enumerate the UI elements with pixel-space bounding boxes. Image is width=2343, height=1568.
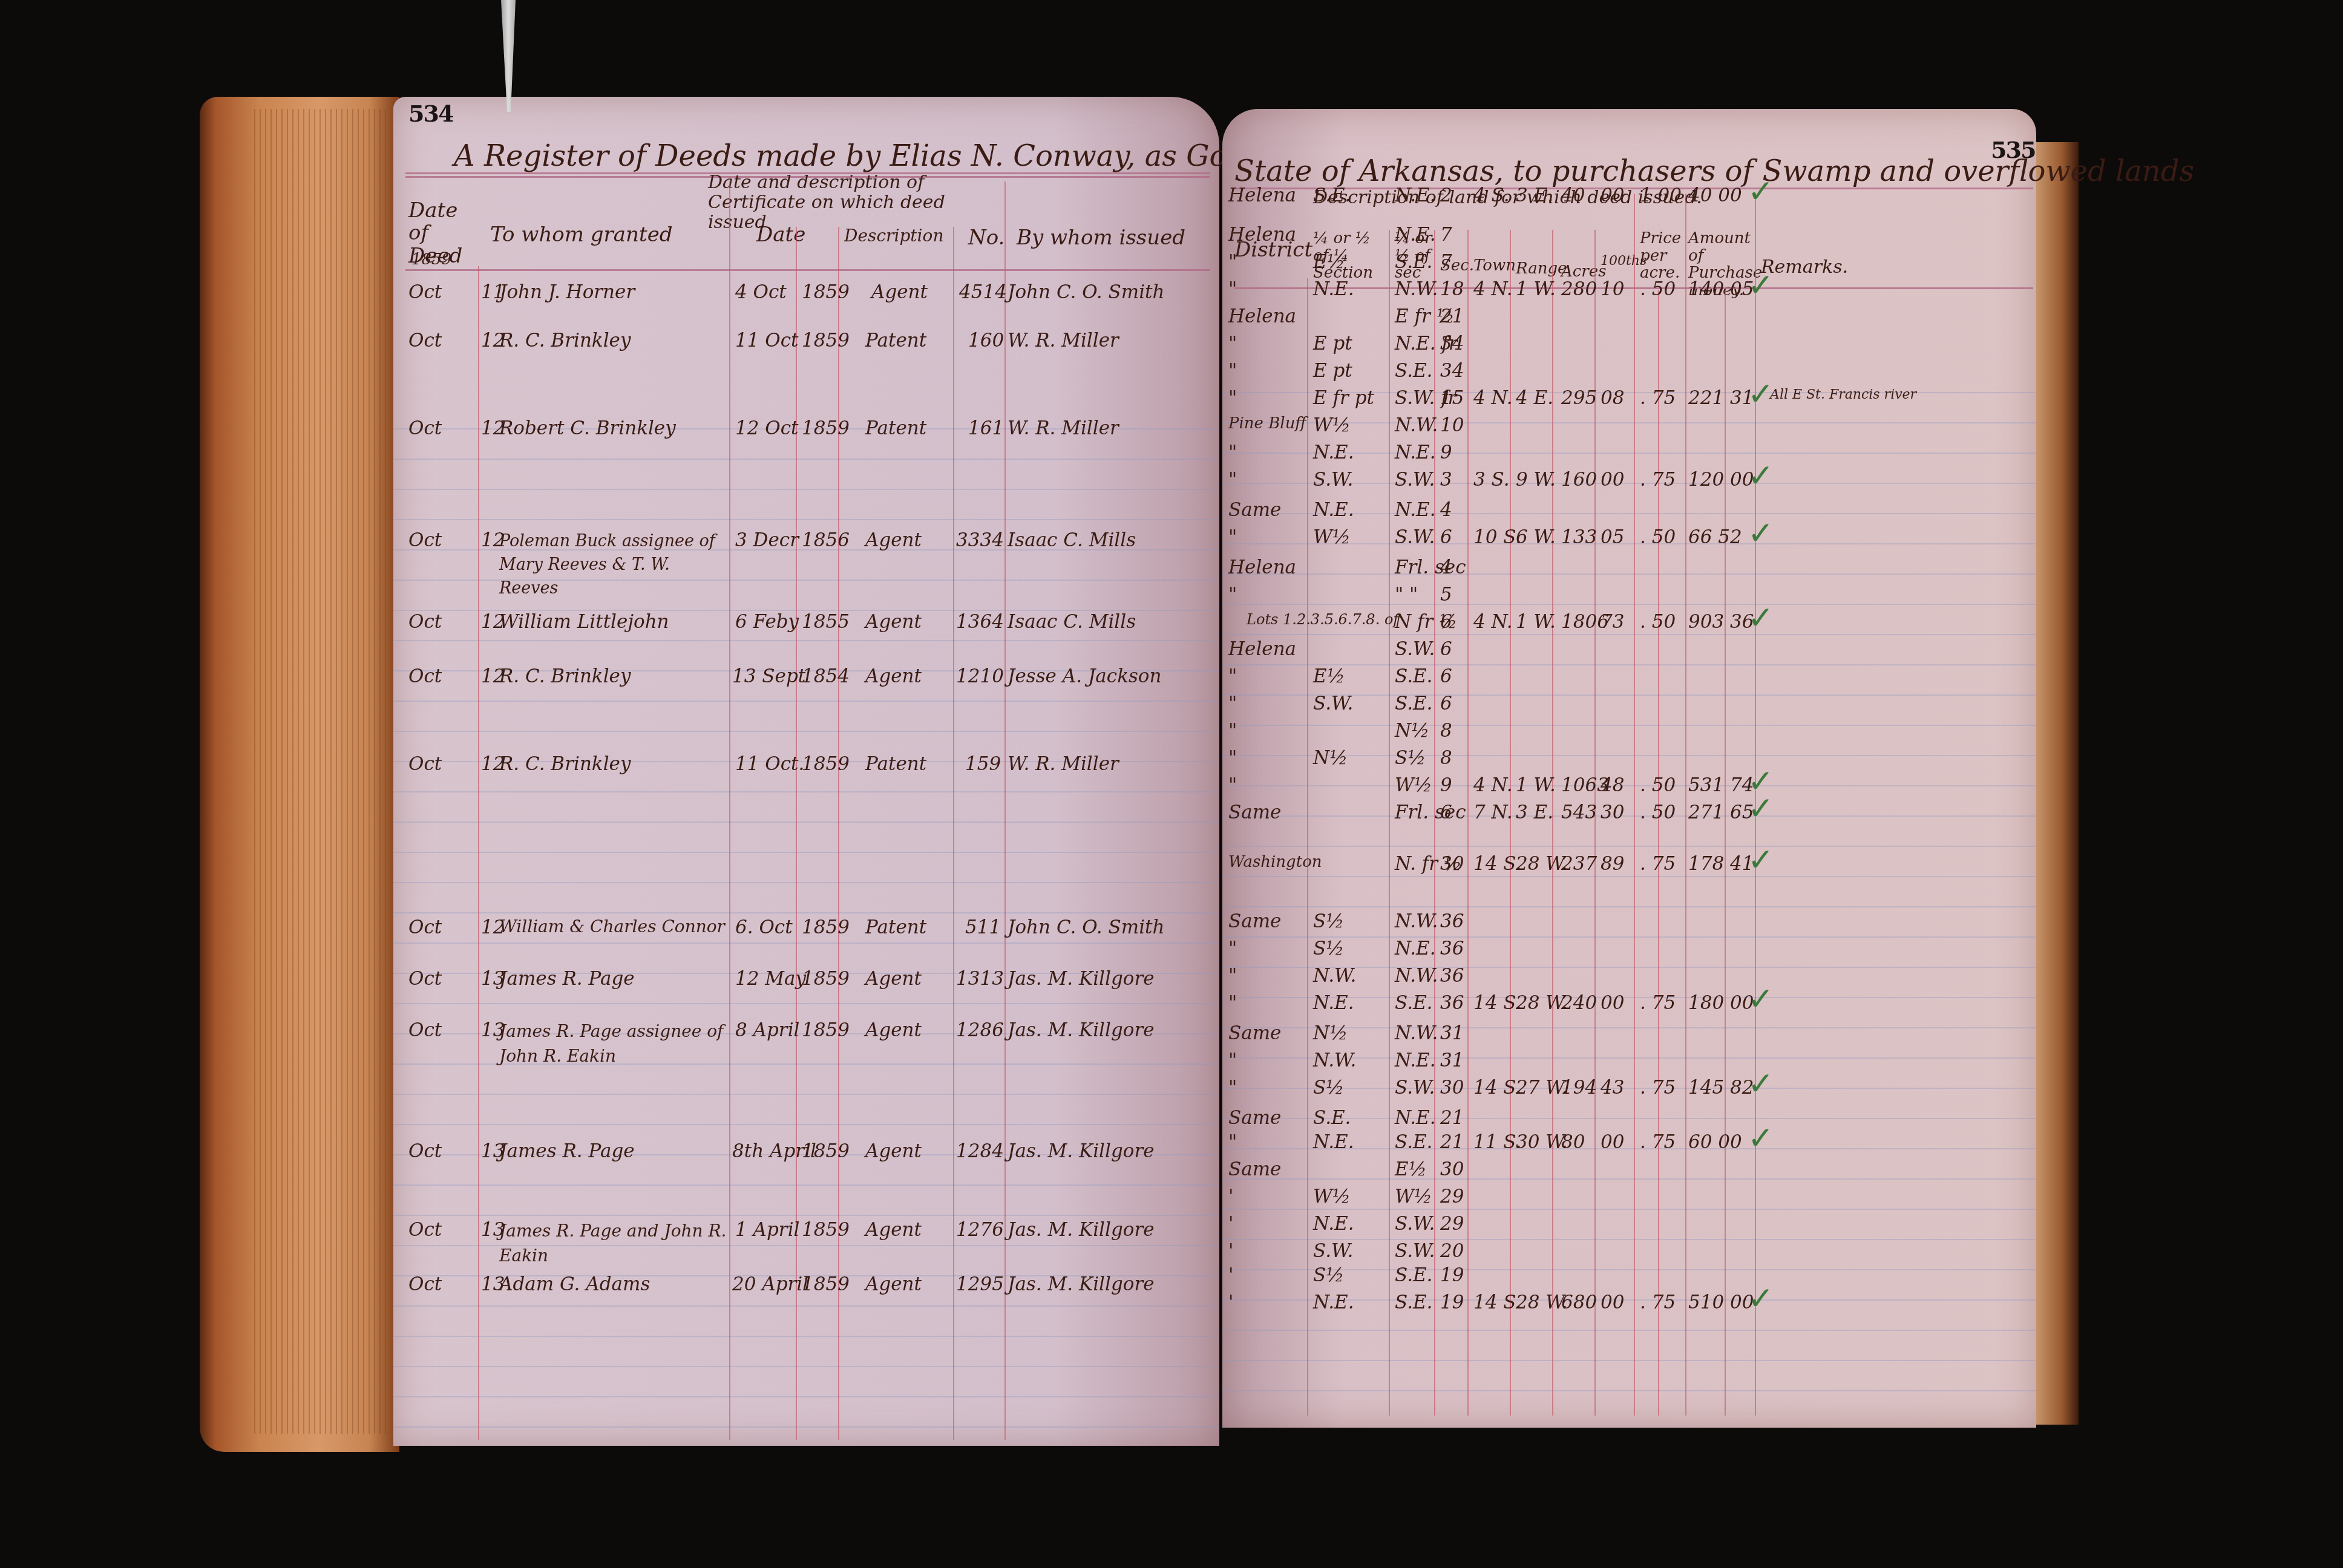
land-district: " (1228, 333, 1237, 354)
land-amount: 120 00 (1688, 469, 1754, 491)
check-mark-icon: ✓ (1748, 515, 1774, 552)
entry-cert-year: 1859 (802, 1140, 850, 1162)
entry-cert-year: 1859 (802, 916, 850, 938)
land-acres: 237 (1561, 853, 1597, 875)
entry-cert-year: 1859 (802, 753, 850, 775)
land-of: N.E. (1395, 1050, 1435, 1071)
entry-no: 1286 (956, 1019, 1004, 1041)
page-holder-pin (496, 0, 520, 112)
entry-cert-year: 1855 (802, 611, 850, 633)
land-h: 00 (1601, 185, 1624, 206)
land-q: N½ (1313, 747, 1348, 769)
land-h: 43 (1601, 1077, 1624, 1099)
land-q: S.E. (1313, 185, 1351, 206)
entry-month: Oct (408, 665, 442, 687)
land-sec: 19 (1440, 1292, 1464, 1313)
page-edges (200, 97, 399, 1452)
entry-month: Oct (408, 1219, 442, 1241)
entry-month: Oct (408, 1140, 442, 1162)
check-mark-icon: ✓ (1748, 1120, 1774, 1157)
land-district: " (1228, 1077, 1237, 1099)
entry-month: Oct (408, 281, 442, 303)
land-amount: 531 74 (1688, 774, 1754, 796)
land-of: S.W. (1395, 1240, 1435, 1262)
entry-cert-date: 3 Decr (735, 529, 799, 551)
land-q: N.W. (1313, 1050, 1356, 1071)
land-sec: 5 (1440, 584, 1452, 606)
land-sec: 7 (1440, 251, 1452, 273)
land-sec: 6 (1440, 638, 1452, 660)
land-sec: 36 (1440, 992, 1464, 1014)
land-district: Same (1228, 1158, 1281, 1180)
header-cert-group: Date and description of Certificate on w… (708, 172, 962, 232)
entry-no: 160 (968, 330, 1004, 351)
land-district: Same (1228, 1022, 1281, 1044)
check-mark-icon: ✓ (1748, 267, 1774, 304)
land-district: ' (1228, 1264, 1234, 1286)
land-amount: 40 00 (1688, 185, 1742, 206)
entry-desc: Agent (865, 1273, 922, 1295)
land-sec: 21 (1440, 1131, 1464, 1153)
entry-issued-by: John C. O. Smith (1008, 916, 1164, 938)
entry-cert-date: 6. Oct (735, 916, 793, 938)
land-sec: 4 (1440, 557, 1452, 578)
col-divider (1634, 194, 1635, 1416)
land-acres: 194 (1561, 1077, 1597, 1099)
header-price: Price per acre. (1640, 230, 1682, 282)
land-range: 3 E. (1516, 802, 1553, 823)
entry-cert-year: 1859 (802, 1219, 850, 1241)
entry-issued-by: Isaac C. Mills (1008, 611, 1136, 633)
land-range: 27 W. (1516, 1077, 1568, 1099)
land-sec: 36 (1440, 965, 1464, 987)
land-sec: 8 (1440, 747, 1452, 769)
land-of: S.W. (1395, 1077, 1435, 1099)
land-district: ' (1228, 1240, 1234, 1262)
entry-grantee: R. C. Brinkley (499, 665, 631, 687)
land-q: W½ (1313, 526, 1351, 548)
land-price: . 75 (1640, 1292, 1676, 1313)
header-no: No. (968, 227, 1004, 249)
col-divider (729, 181, 730, 1440)
land-q: E pt (1313, 333, 1352, 354)
entry-desc: Patent (865, 330, 926, 351)
entry-no: 3334 (956, 529, 1004, 551)
entry-cert-year: 1859 (802, 1019, 850, 1041)
col-divider (838, 227, 839, 1440)
land-district: Helena (1228, 305, 1296, 327)
entry-no: 1313 (956, 968, 1004, 990)
land-h: 30 (1601, 802, 1624, 823)
land-sec: 30 (1440, 853, 1464, 875)
entry-cert-year: 1854 (802, 665, 850, 687)
land-sec: 30 (1440, 1077, 1464, 1099)
entry-grantee: William & Charles Connor (499, 916, 725, 936)
land-q: S½ (1313, 1264, 1344, 1286)
land-price: . 75 (1640, 1077, 1676, 1099)
land-amount: 221 31 (1688, 387, 1754, 409)
entry-desc: Patent (865, 417, 926, 439)
land-h: 73 (1601, 611, 1624, 633)
land-district: " (1228, 774, 1237, 796)
entry-cert-date: 11 Oct (735, 330, 799, 351)
land-sec: 31 (1440, 1050, 1464, 1071)
land-district: " (1228, 526, 1237, 548)
land-district: Helena (1228, 224, 1296, 246)
land-q: N.E. (1313, 442, 1354, 463)
entry-desc: Agent (865, 611, 922, 633)
land-h: 00 (1601, 1131, 1624, 1153)
entry-month: Oct (408, 916, 442, 938)
land-district: ' (1228, 1186, 1234, 1207)
check-mark-icon: ✓ (1748, 458, 1774, 494)
land-acres: 543 (1561, 802, 1597, 823)
check-mark-icon: ✓ (1748, 600, 1774, 636)
land-q: N.E. (1313, 992, 1354, 1014)
entry-month: Oct (408, 968, 442, 990)
land-district: " (1228, 1131, 1237, 1153)
entry-cert-date: 4 Oct (735, 281, 787, 303)
header-bottom-rule (405, 269, 1210, 271)
entry-cert-date: 11 Oct. (735, 753, 804, 775)
land-q: E fr pt (1313, 387, 1374, 409)
right-page-edges (2036, 142, 2079, 1425)
land-range: 6 W. (1516, 526, 1556, 548)
entry-issued-by: W. R. Miller (1008, 417, 1119, 439)
land-q: N.W. (1313, 965, 1356, 987)
land-of: W½ (1395, 774, 1432, 796)
land-of: W½ (1395, 1186, 1432, 1207)
land-of: N.W. (1395, 414, 1438, 436)
entry-issued-by: W. R. Miller (1008, 330, 1119, 351)
land-range: 1 W. (1516, 278, 1556, 300)
land-of: N.E. (1395, 1107, 1435, 1129)
land-q: S½ (1313, 910, 1344, 932)
land-sec: 30 (1440, 1158, 1464, 1180)
entry-cert-date: 12 Oct (735, 417, 799, 439)
land-town: 3 S. (1473, 469, 1510, 491)
entry-issued-by: Jas. M. Killgore (1008, 1019, 1155, 1041)
land-price: . 50 (1640, 774, 1676, 796)
land-range: 28 W. (1516, 1292, 1568, 1313)
land-sec: 19 (1440, 1264, 1464, 1286)
land-acres: 80 (1561, 1131, 1585, 1153)
land-remark: All E St. Francis river (1770, 387, 1916, 402)
land-of: N.E. (1395, 499, 1435, 521)
entry-no: 1364 (956, 611, 1004, 633)
land-sec: 21 (1440, 1107, 1464, 1129)
land-of: N.E. (1395, 442, 1435, 463)
land-district: Same (1228, 802, 1281, 823)
header-description: Description (844, 227, 943, 246)
entry-grantee: James R. Page (499, 968, 635, 990)
col-divider (1467, 230, 1469, 1416)
entry-desc: Agent (871, 281, 928, 303)
land-sec: 6 (1440, 802, 1452, 823)
right-page: 535 State of Arkansas, to purchasers of … (1222, 109, 2036, 1428)
land-q: N½ (1313, 1022, 1348, 1044)
land-of: E½ (1395, 1158, 1427, 1180)
land-of: N.E. (1395, 185, 1435, 206)
land-q: E½ (1313, 665, 1345, 687)
entry-no: 4514 (959, 281, 1007, 303)
land-of: S.W. (1395, 638, 1435, 660)
land-amount: 66 52 (1688, 526, 1742, 548)
entry-cert-year: 1859 (802, 330, 850, 351)
land-of: S.W. (1395, 1213, 1435, 1235)
land-q: S.W. (1313, 1240, 1353, 1262)
header-to-whom: To whom granted (490, 224, 673, 246)
land-district: " (1228, 747, 1237, 769)
land-of: N½ (1395, 720, 1429, 742)
entry-no: 161 (968, 417, 1004, 439)
land-of: Frl. sec (1395, 557, 1466, 578)
land-sec: 36 (1440, 910, 1464, 932)
col-divider (796, 227, 797, 1440)
land-town: 14 S. (1473, 853, 1521, 875)
entry-cert-year: 1859 (802, 281, 850, 303)
land-q: Lots 1.2.3.5.6.7.8. of (1247, 611, 1398, 628)
entry-cert-date: 12 May (735, 968, 806, 990)
land-q: S.E. (1313, 1107, 1351, 1129)
land-district: " (1228, 693, 1237, 714)
entry-issued-by: Jas. M. Killgore (1008, 968, 1155, 990)
land-amount: 140 05 (1688, 278, 1754, 300)
land-district: " (1228, 1050, 1237, 1071)
entry-cert-date: 1 April (735, 1219, 799, 1241)
land-sec: 8 (1440, 720, 1452, 742)
land-range: 28 W. (1516, 992, 1568, 1014)
page-number-left: 534 (408, 100, 453, 127)
entry-desc: Patent (865, 753, 926, 775)
land-sec: 6 (1440, 665, 1452, 687)
land-sec: 6 (1440, 526, 1452, 548)
land-sec: 18 (1440, 278, 1464, 300)
land-town: 4 S. (1473, 185, 1510, 206)
entry-issued-by: Jesse A. Jackson (1008, 665, 1161, 687)
land-district: Pine Bluff (1228, 414, 1306, 433)
land-town: 7 N. (1473, 802, 1513, 823)
check-mark-icon: ✓ (1748, 1066, 1774, 1102)
register-title-right: State of Arkansas, to purchasers of Swam… (1234, 154, 2194, 188)
land-town: 14 S. (1473, 1292, 1521, 1313)
land-of: S½ (1395, 747, 1426, 769)
land-acres: 680 (1561, 1292, 1597, 1313)
entry-issued-by: Jas. M. Killgore (1008, 1219, 1155, 1241)
land-of: S.E. (1395, 693, 1432, 714)
entry-grantee: James R. Page (499, 1140, 635, 1162)
land-acres: 160 (1561, 469, 1597, 491)
entry-month: Oct (408, 529, 442, 551)
entry-issued-by: Jas. M. Killgore (1008, 1273, 1155, 1295)
land-district: Same (1228, 499, 1281, 521)
land-q: S½ (1313, 1077, 1344, 1099)
land-district: " (1228, 665, 1237, 687)
entry-cert-date: 20 April (732, 1273, 808, 1295)
col-divider (1389, 230, 1390, 1416)
land-sec: 34 (1440, 333, 1464, 354)
header-year: 1859 (411, 251, 451, 269)
entry-grantee: R. C. Brinkley (499, 753, 631, 775)
land-price: . 75 (1640, 469, 1676, 491)
land-price: . 50 (1640, 611, 1676, 633)
land-range: 28 W. (1516, 853, 1568, 875)
land-district: Same (1228, 1107, 1281, 1129)
entry-desc: Agent (865, 665, 922, 687)
entry-desc: Agent (865, 529, 922, 551)
land-town: 4 N. (1473, 774, 1513, 796)
land-q: S.W. (1313, 693, 1353, 714)
land-acres: 40 (1561, 185, 1585, 206)
land-sec: 21 (1440, 305, 1464, 327)
land-amount: 178 41 (1688, 853, 1754, 875)
land-q: N.E. (1313, 1213, 1354, 1235)
land-range: 1 W. (1516, 611, 1556, 633)
land-of: " " (1395, 584, 1418, 606)
land-acres: 240 (1561, 992, 1597, 1014)
land-price: . 75 (1640, 1131, 1676, 1153)
land-q: N.E. (1313, 499, 1354, 521)
land-of: N.W. (1395, 278, 1438, 300)
entry-grantee: William Littlejohn (499, 611, 669, 633)
land-price: . 75 (1640, 992, 1676, 1014)
land-sec: 9 (1440, 774, 1452, 796)
land-price: . 50 (1640, 802, 1676, 823)
land-district: " (1228, 469, 1237, 491)
land-of: S.E. (1395, 1292, 1432, 1313)
entry-issued-by: W. R. Miller (1008, 753, 1119, 775)
land-h: 10 (1601, 278, 1624, 300)
land-district: ' (1228, 1292, 1234, 1313)
check-mark-icon: ✓ (1748, 174, 1774, 210)
entry-cert-year: 1859 (802, 417, 850, 439)
land-q: S½ (1313, 938, 1344, 959)
land-town: 4 N. (1473, 278, 1513, 300)
land-h: 05 (1601, 526, 1624, 548)
check-mark-icon: ✓ (1748, 842, 1774, 878)
land-district: " (1228, 387, 1237, 409)
entry-month: Oct (408, 417, 442, 439)
land-district: " (1228, 584, 1237, 606)
entry-desc: Agent (865, 968, 922, 990)
land-range: 1 W. (1516, 774, 1556, 796)
header-range: Range (1516, 260, 1567, 278)
entry-no: 511 (965, 916, 1001, 938)
land-acres: 133 (1561, 526, 1597, 548)
entry-month: Oct (408, 1273, 442, 1295)
entry-grantee: R. C. Brinkley (499, 330, 631, 351)
land-price: . 50 (1640, 278, 1676, 300)
land-h: 00 (1601, 1292, 1624, 1313)
land-district: " (1228, 278, 1237, 300)
land-sec: 29 (1440, 1213, 1464, 1235)
entry-issued-by: Isaac C. Mills (1008, 529, 1136, 551)
land-h: 48 (1601, 774, 1624, 796)
check-mark-icon: ✓ (1748, 981, 1774, 1018)
land-range: 30 W. (1516, 1131, 1568, 1153)
land-amount: 145 82 (1688, 1077, 1754, 1099)
land-town: 10 S. (1473, 526, 1521, 548)
land-sec: 10 (1440, 414, 1464, 436)
entry-desc: Agent (865, 1019, 922, 1041)
entry-issued-by: Jas. M. Killgore (1008, 1140, 1155, 1162)
entry-cert-year: 1859 (802, 1273, 850, 1295)
entry-no: 159 (965, 753, 1001, 775)
col-divider (953, 227, 954, 1440)
land-sec: 4 (1440, 499, 1452, 521)
entry-grantee: James R. Page assignee of John R. Eakin (499, 1019, 729, 1068)
land-of: S.E. (1395, 360, 1432, 382)
land-price: . 50 (1640, 526, 1676, 548)
land-of: S.E. (1395, 992, 1432, 1014)
land-of: N.E. (1395, 224, 1435, 246)
land-amount: 271 65 (1688, 802, 1754, 823)
land-amount: 903 36 (1688, 611, 1754, 633)
entry-month: Oct (408, 611, 442, 633)
entry-cert-date: 8 April (735, 1019, 799, 1041)
land-sec: 34 (1440, 360, 1464, 382)
land-sec: 9 (1440, 442, 1452, 463)
col-divider (1685, 194, 1686, 1416)
land-district: " (1228, 442, 1237, 463)
land-of: S.E. (1395, 1264, 1432, 1286)
land-town: 4 N. (1473, 611, 1513, 633)
land-district: Same (1228, 910, 1281, 932)
header-by-whom: By whom issued (1017, 227, 1185, 249)
land-q: E½ (1313, 251, 1345, 273)
land-q: E pt (1313, 360, 1352, 382)
entry-desc: Agent (865, 1219, 922, 1241)
land-district: " (1228, 992, 1237, 1014)
land-sec: 2 (1440, 185, 1452, 206)
entry-grantee: James R. Page and John R. Eakin (499, 1219, 729, 1268)
land-sec: 3 (1440, 469, 1452, 491)
header-remarks: Remarks. (1761, 257, 1848, 277)
land-sec: 20 (1440, 1240, 1464, 1262)
land-q: S.W. (1313, 469, 1353, 491)
land-sec: 15 (1440, 387, 1464, 409)
col-divider (1307, 278, 1308, 1416)
land-sec: 6 (1440, 693, 1452, 714)
land-h: 00 (1601, 469, 1624, 491)
entry-grantee: Adam G. Adams (499, 1273, 650, 1295)
land-q: N.E. (1313, 1131, 1354, 1153)
entry-grantee: Poleman Buck assignee of Mary Reeves & T… (499, 529, 729, 600)
entry-grantee: Robert C. Brinkley (499, 417, 676, 439)
land-town: 4 N. (1473, 387, 1513, 409)
col-divider (1004, 181, 1006, 1440)
land-acres: 295 (1561, 387, 1597, 409)
land-q: N.E. (1313, 1292, 1354, 1313)
land-district: " (1228, 938, 1237, 959)
land-range: 9 W. (1516, 469, 1556, 491)
land-of: S.W. (1395, 526, 1435, 548)
entry-month: Oct (408, 1019, 442, 1041)
land-h: 89 (1601, 853, 1624, 875)
entry-no: 1210 (956, 665, 1004, 687)
land-price: . 75 (1640, 853, 1676, 875)
land-acres: 280 (1561, 278, 1597, 300)
land-of: S.W. (1395, 469, 1435, 491)
land-h: 08 (1601, 387, 1624, 409)
col-divider (478, 266, 479, 1440)
land-town: 11 S. (1473, 1131, 1521, 1153)
land-of: N.W. (1395, 910, 1438, 932)
header-date: Date (756, 224, 805, 246)
land-price: 1 00 (1640, 185, 1682, 206)
land-district: Helena (1228, 557, 1296, 578)
land-range: 4 E. (1516, 387, 1553, 409)
